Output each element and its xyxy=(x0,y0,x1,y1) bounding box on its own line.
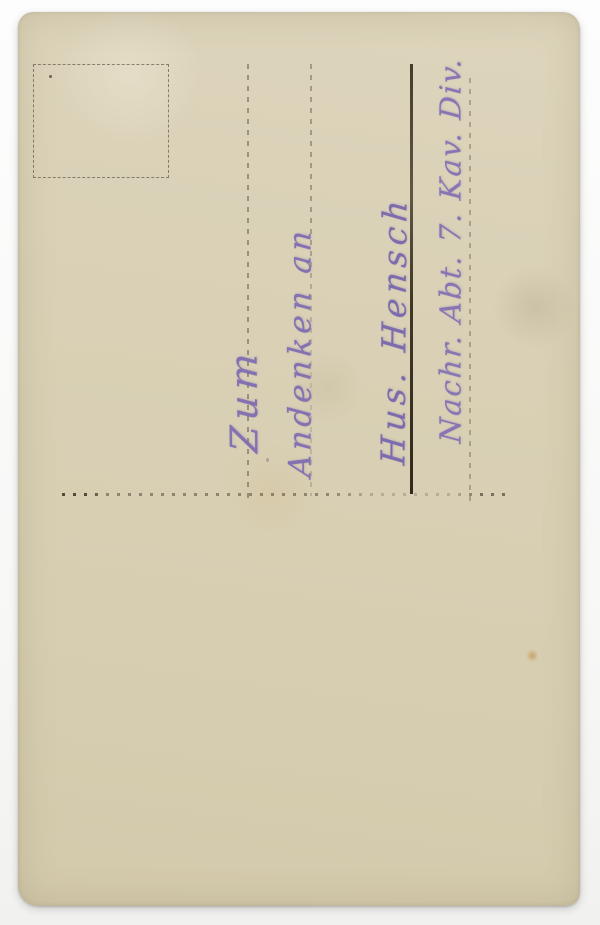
solid-rule-line xyxy=(410,64,413,494)
dotted-baseline xyxy=(62,493,508,496)
divider-dashed-line-1 xyxy=(247,64,249,502)
divider-dashed-line-2 xyxy=(310,64,312,496)
handwriting-line-1: Zum xyxy=(211,323,276,477)
handwriting-line-3-name: Hus. Hensch xyxy=(366,180,421,480)
postcard-back: Zum Andenken an Hus. Hensch Nachr. Abt. … xyxy=(18,12,580,906)
paper-speck xyxy=(49,75,52,78)
stamp-box-outline xyxy=(33,64,169,178)
scan-background: Zum Andenken an Hus. Hensch Nachr. Abt. … xyxy=(0,0,600,925)
ink-speck xyxy=(266,458,269,462)
handwriting-line-2: Andenken an xyxy=(273,218,329,487)
divider-dashed-line-3 xyxy=(469,78,471,502)
